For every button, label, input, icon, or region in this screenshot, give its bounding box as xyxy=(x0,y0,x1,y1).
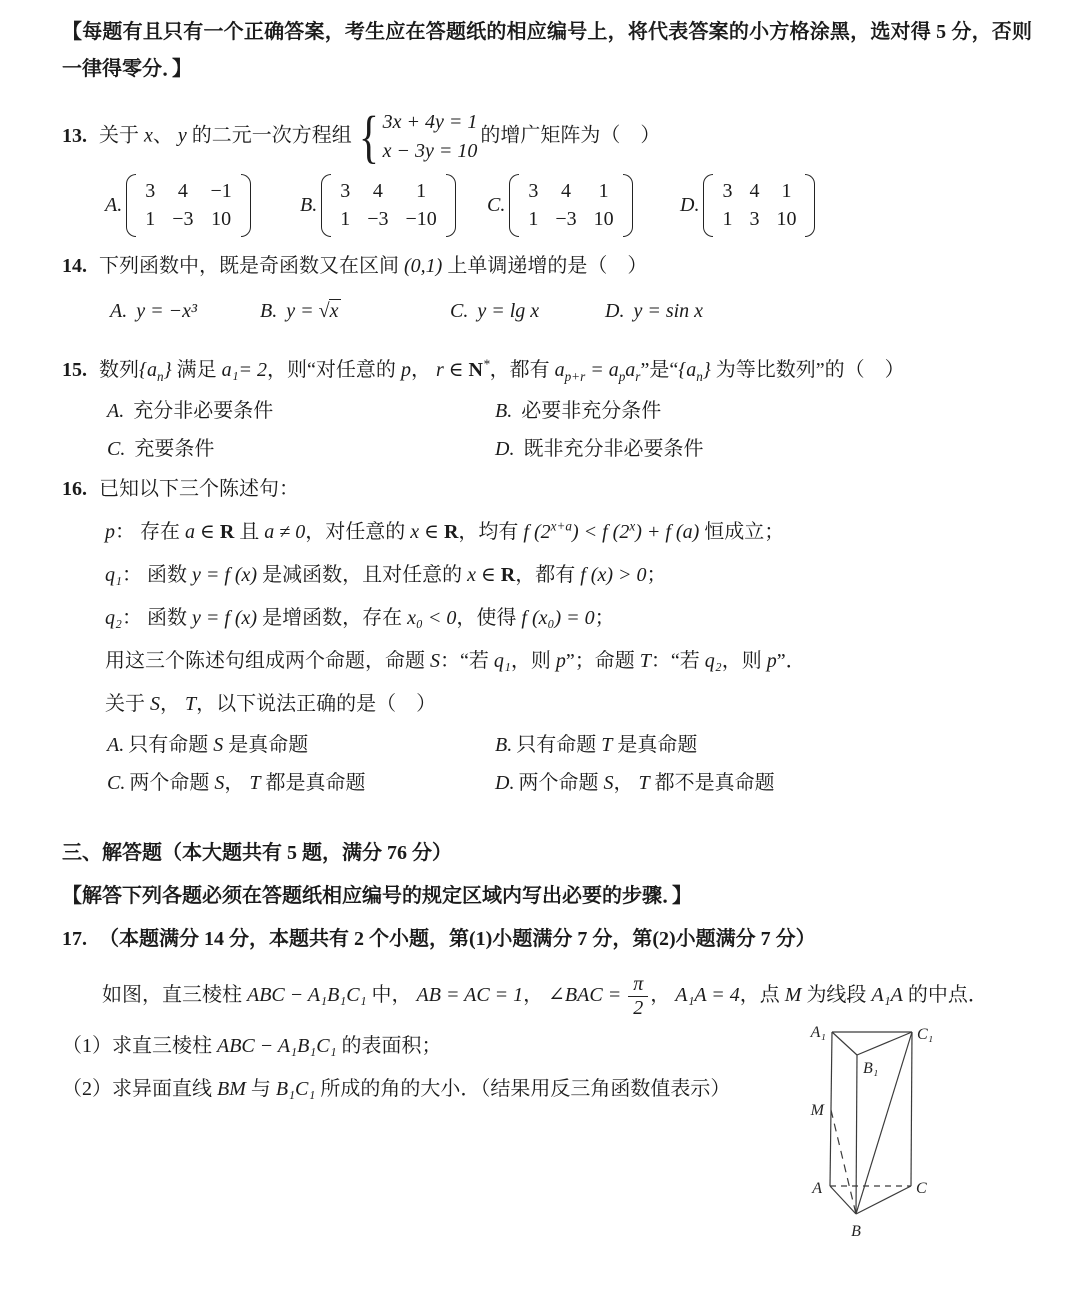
option-text: 只有命题 xyxy=(128,734,213,756)
figure-label-a: A xyxy=(811,1180,822,1197)
math-run: (0,1) xyxy=(404,255,442,277)
q13-option-b: B.3411−3−10 xyxy=(300,174,487,237)
text-run: 满足 xyxy=(172,359,222,381)
text-run: ：“若 xyxy=(440,650,494,672)
math-run: {a xyxy=(678,359,696,381)
option-text: ， xyxy=(224,772,249,794)
matrix-cell: −1 xyxy=(211,178,232,205)
equation-1: 3x + 4y = 1 xyxy=(383,108,478,137)
text-run: （本题满分 14 分，本题共有 2 个小题，第(1)小题满分 7 分，第(2)小… xyxy=(99,928,816,950)
q13-option-a: A.34−11−310 xyxy=(105,174,300,237)
math-run: p xyxy=(556,650,566,672)
set-symbol: R xyxy=(444,521,458,543)
text-run: ； xyxy=(595,607,615,629)
math-run: T xyxy=(601,734,612,756)
q14-option-d: D. y = sin x xyxy=(605,290,703,333)
math-run: f (x₀) = 0 xyxy=(521,607,594,629)
option-text: 必要非充分条件 xyxy=(521,400,661,422)
question-16-head: 16.已知以下三个陈述句： xyxy=(62,468,1032,511)
text-run: 中， xyxy=(367,984,417,1006)
right-paren xyxy=(446,174,456,237)
text-run: ，则“对任意的 xyxy=(267,359,401,381)
matrix-cell: −3 xyxy=(172,206,193,233)
math-run: M xyxy=(785,984,802,1006)
text-run: （1）求直三棱柱 xyxy=(62,1035,217,1057)
left-paren xyxy=(703,174,713,237)
matrix-cell: 1 xyxy=(594,178,614,205)
q15-option-d: D. 既非充分非必要条件 xyxy=(495,430,703,468)
system-equations: 3x + 4y = 1x − 3y = 10 xyxy=(383,108,478,166)
math-run: f (x) > 0 xyxy=(580,564,646,586)
right-paren xyxy=(241,174,251,237)
option-label: B. xyxy=(495,734,512,756)
text-run: 用这三个陈述句组成两个命题，命题 xyxy=(105,650,430,672)
sub-script: p+r xyxy=(565,369,586,384)
math-run: q₁ xyxy=(494,650,511,672)
q13-options-row: A.34−11−310 B.3411−3−10 C.3411−310 D.341… xyxy=(105,174,1032,237)
math-run: S xyxy=(603,772,613,794)
section-3-title: 三、解答题（本大题共有 5 题，满分 76 分） xyxy=(62,832,1032,875)
matrix-c: 3411−310 xyxy=(509,174,632,237)
q16-option-b: B.只有命题 T 是真命题 xyxy=(495,726,697,764)
text-run: ”；命题 xyxy=(566,650,640,672)
left-paren xyxy=(126,174,136,237)
matrix-cell: 1 xyxy=(722,206,732,233)
option-text: 既非充分非必要条件 xyxy=(523,438,703,460)
formula: y = lg x xyxy=(477,300,539,322)
matrix-cell: 10 xyxy=(211,206,232,233)
sqrt-radicand: x xyxy=(329,299,342,322)
q15-options-row-1: A. 充分非必要条件 B. 必要非充分条件 xyxy=(107,392,1032,430)
matrix-cell: 1 xyxy=(528,206,538,233)
option-label: A. xyxy=(107,734,124,756)
math-run: q₁ xyxy=(105,564,122,586)
matrix-cell: 1 xyxy=(340,206,350,233)
matrix-cell: 4 xyxy=(172,178,193,205)
q16-options-row-2: C.两个命题 S， T 都是真命题 D.两个命题 S， T 都不是真命题 xyxy=(107,764,1032,802)
matrix-cell: 10 xyxy=(594,206,614,233)
text-run: ； xyxy=(646,564,666,586)
sup-script: x+a xyxy=(551,518,572,533)
q14-number: 14. xyxy=(62,255,99,277)
left-paren xyxy=(509,174,519,237)
sqrt-sign: √ xyxy=(319,300,330,322)
q16-number: 16. xyxy=(62,478,99,500)
math-run: BM xyxy=(217,1078,246,1100)
q16-option-d: D.两个命题 S， T 都不是真命题 xyxy=(495,764,775,802)
option-label: C. xyxy=(107,772,125,794)
right-paren xyxy=(805,174,815,237)
math-run: T xyxy=(185,693,196,715)
figure-label-c: C xyxy=(916,1180,927,1197)
math-run: x₀ < 0 xyxy=(407,607,456,629)
right-paren xyxy=(623,174,633,237)
math-run: A₁A xyxy=(871,984,902,1006)
option-label: D. xyxy=(680,194,699,217)
q17-number: 17. xyxy=(62,928,99,950)
math-run: T xyxy=(640,650,651,672)
math-run: y = f (x) xyxy=(192,564,257,586)
text-run: ， xyxy=(523,984,548,1006)
matrix-cell: 1 xyxy=(406,178,437,205)
text-run: 下列函数中，既是奇函数又在区间 xyxy=(99,255,404,277)
q16-statement-p: p： 存在 a ∈ R 且 a ≠ 0，对任意的 x ∈ R，均有 f (2x+… xyxy=(105,511,1032,554)
math-run: } xyxy=(703,359,711,381)
text-run: 、 xyxy=(153,125,178,147)
set-symbol: N xyxy=(469,359,483,381)
q14-option-b: B. y = √x xyxy=(260,290,450,333)
math-run: S xyxy=(213,734,223,756)
option-label: D. xyxy=(605,300,624,322)
math-run: a xyxy=(555,359,565,381)
math-run: A₁A = 4 xyxy=(675,984,740,1006)
math-run: r ∈ xyxy=(436,359,469,381)
q16-statement-q1: q₁： 函数 y = f (x) 是减函数，且对任意的 x ∈ R，都有 f (… xyxy=(105,554,1032,597)
prism-svg: A₁ C₁ B₁ M A C B xyxy=(786,1012,996,1252)
math-run: p xyxy=(105,521,115,543)
q16-option-c: C.两个命题 S， T 都是真命题 xyxy=(107,764,495,802)
text-run: ”． xyxy=(777,650,806,672)
text-run: ， xyxy=(411,359,436,381)
text-run: ：“若 xyxy=(651,650,705,672)
matrix-cell: 1 xyxy=(145,206,155,233)
matrix-cell: 4 xyxy=(367,178,388,205)
text-run: 为线段 xyxy=(801,984,871,1006)
math-run: x ∈ xyxy=(410,521,444,543)
q16-about-line: 关于 S， T，以下说法正确的是（ ） xyxy=(105,683,1032,726)
text-run: 已知以下三个陈述句： xyxy=(99,478,299,500)
option-label: D. xyxy=(495,772,514,794)
fraction-pi-over-2: π2 xyxy=(628,974,648,1019)
q13-option-d: D.3411310 xyxy=(680,174,815,237)
prism-figure: A₁ C₁ B₁ M A C B xyxy=(786,1012,996,1252)
math-run: S xyxy=(430,650,440,672)
option-label: A. xyxy=(107,400,124,422)
math-run: y xyxy=(178,125,187,147)
math-run: ABC − A₁B₁C₁ xyxy=(247,984,367,1006)
math-run: = a xyxy=(585,359,619,381)
matrix-cell: 3 xyxy=(722,178,732,205)
option-text: 充要条件 xyxy=(134,438,214,460)
text-run: ，都有 xyxy=(490,359,555,381)
option-label: B. xyxy=(260,300,277,322)
figure-label-c1: C₁ xyxy=(917,1026,933,1043)
matrix-b: 3411−3−10 xyxy=(321,174,456,237)
text-run: 如图，直三棱柱 xyxy=(102,984,247,1006)
option-text: 两个命题 xyxy=(518,772,603,794)
system-brace: { xyxy=(359,109,379,165)
math-run: T xyxy=(249,772,260,794)
matrix-cell: 3 xyxy=(145,178,155,205)
option-text: 是真命题 xyxy=(612,734,697,756)
math-run: a xyxy=(625,359,635,381)
math-run: x xyxy=(144,125,153,147)
matrix-cell: 4 xyxy=(555,178,576,205)
math-run: AB = AC = 1 xyxy=(417,984,524,1006)
set-symbol: R xyxy=(220,521,234,543)
text-run: 关于 xyxy=(105,693,150,715)
math-run: x ∈ xyxy=(467,564,501,586)
text-run: 数列 xyxy=(99,359,139,381)
question-17-head: 17.（本题满分 14 分，本题共有 2 个小题，第(1)小题满分 7 分，第(… xyxy=(62,918,1032,961)
q16-statement-q2: q₂： 函数 y = f (x) 是增函数，存在 x₀ < 0，使得 f (x₀… xyxy=(105,597,1032,640)
text-run: ，则 xyxy=(511,650,556,672)
text-run: ， xyxy=(650,984,675,1006)
math-run: ∠BAC = xyxy=(548,984,626,1006)
math-run: a ∈ xyxy=(185,521,220,543)
figure-label-m: M xyxy=(810,1102,826,1119)
section-3-note: 【解答下列各题必须在答题纸相应编号的规定区域内写出必要的步骤．】 xyxy=(62,875,1032,918)
option-label: A. xyxy=(105,194,122,217)
question-13-stem: 13.关于 x、 y 的二元一次方程组{3x + 4y = 1x − 3y = … xyxy=(62,108,1032,166)
text-run: 关于 xyxy=(99,125,144,147)
matrix-cell: 3 xyxy=(749,206,759,233)
q13-number: 13. xyxy=(62,125,99,147)
text-run: 是减函数，且对任意的 xyxy=(257,564,467,586)
q15-option-b: B. 必要非充分条件 xyxy=(495,392,661,430)
option-text: 都是真命题 xyxy=(260,772,365,794)
text-run: 恒成立； xyxy=(699,521,784,543)
text-run: ，对任意的 xyxy=(305,521,410,543)
matrix-cell: 3 xyxy=(528,178,538,205)
text-run: 的中点． xyxy=(903,984,988,1006)
math-run: y = f (x) xyxy=(192,607,257,629)
instruction-note: 【每题有且只有一个正确答案，考生应在答题纸的相应编号上，将代表答案的小方格涂黑，… xyxy=(62,14,1032,88)
text-run: ，都有 xyxy=(515,564,580,586)
set-symbol: R xyxy=(501,564,515,586)
matrix-d: 3411310 xyxy=(703,174,815,237)
sub-script: n xyxy=(696,369,703,384)
equation-2: x − 3y = 10 xyxy=(383,137,478,166)
q15-options-row-2: C. 充要条件 D. 既非充分非必要条件 xyxy=(107,430,1032,468)
q16-compose-line: 用这三个陈述句组成两个命题，命题 S：“若 q₁，则 p”；命题 T：“若 q₂… xyxy=(105,640,1032,683)
text-run: 与 xyxy=(246,1078,276,1100)
figure-label-a1: A₁ xyxy=(810,1024,826,1041)
math-run: S xyxy=(150,693,160,715)
matrix-cell: −10 xyxy=(406,206,437,233)
text-run: 所成的角的大小．（结果用反三角函数值表示） xyxy=(315,1078,730,1100)
equation-system: {3x + 4y = 1x − 3y = 10 xyxy=(355,108,478,166)
math-run: f (2 xyxy=(523,521,550,543)
math-run: ) < f (2 xyxy=(572,521,629,543)
text-run: 且 xyxy=(234,521,264,543)
option-text: 两个命题 xyxy=(129,772,214,794)
q14-option-c: C. y = lg x xyxy=(450,290,605,333)
text-run: ： 函数 xyxy=(122,607,192,629)
text-run: 的二元一次方程组 xyxy=(187,125,352,147)
option-text: 是真命题 xyxy=(223,734,308,756)
text-run: ，使得 xyxy=(456,607,521,629)
q15-number: 15. xyxy=(62,359,99,381)
text-run: 为等比数列”的（ ） xyxy=(711,359,905,381)
math-run: B₁C₁ xyxy=(276,1078,315,1100)
exam-content: 【每题有且只有一个正确答案，考生应在答题纸的相应编号上，将代表答案的小方格涂黑，… xyxy=(0,0,1080,1111)
figure-label-b1: B₁ xyxy=(863,1060,878,1077)
question-15-stem: 15.数列{an} 满足 a₁= 2，则“对任意的 p， r ∈ N*，都有 a… xyxy=(62,349,1032,392)
math-run: {a xyxy=(139,359,157,381)
math-run: p xyxy=(767,650,777,672)
exam-page: 【每题有且只有一个正确答案，考生应在答题纸的相应编号上，将代表答案的小方格涂黑，… xyxy=(0,0,1080,1303)
formula: y = xyxy=(286,300,318,322)
math-run: ) + f (a) xyxy=(635,521,699,543)
fraction-denominator: 2 xyxy=(628,997,648,1019)
text-run: 是增函数，存在 xyxy=(257,607,407,629)
q14-options-row: A. y = −x³ B. y = √x C. y = lg x D. y = … xyxy=(110,290,1032,333)
text-run: （2）求异面直线 xyxy=(62,1078,217,1100)
text-run: 上单调递增的是（ ） xyxy=(442,255,647,277)
q14-option-a: A. y = −x³ xyxy=(110,290,260,333)
matrix-cell: −3 xyxy=(555,206,576,233)
text-run: ，以下说法正确的是（ ） xyxy=(196,693,436,715)
text-run: ，均有 xyxy=(458,521,523,543)
matrix-cell: 3 xyxy=(340,178,350,205)
text-run: ： 存在 xyxy=(115,521,185,543)
matrix-cell: 1 xyxy=(776,178,796,205)
math-run: a ≠ 0 xyxy=(264,521,305,543)
option-text: 只有命题 xyxy=(516,734,601,756)
formula: y = sin x xyxy=(633,300,703,322)
sub-script: n xyxy=(157,369,164,384)
formula: y = −x³ xyxy=(136,300,197,322)
option-label: B. xyxy=(300,194,317,217)
option-label: A. xyxy=(110,300,127,322)
option-label: C. xyxy=(450,300,468,322)
q16-option-a: A.只有命题 S 是真命题 xyxy=(107,726,495,764)
math-run: T xyxy=(638,772,649,794)
text-run: ，点 xyxy=(740,984,785,1006)
matrix-a: 34−11−310 xyxy=(126,174,251,237)
math-run: a₁= 2 xyxy=(222,359,267,381)
math-run: q₂ xyxy=(105,607,122,629)
math-run: p xyxy=(401,359,411,381)
figure-label-b: B xyxy=(851,1223,861,1240)
text-run: ”是“ xyxy=(640,359,678,381)
q15-option-c: C. 充要条件 xyxy=(107,430,495,468)
matrix-cell: 10 xyxy=(776,206,796,233)
matrix-cell: −3 xyxy=(367,206,388,233)
q15-option-a: A. 充分非必要条件 xyxy=(107,392,495,430)
left-paren xyxy=(321,174,331,237)
option-text: 都不是真命题 xyxy=(650,772,775,794)
fraction-numerator: π xyxy=(628,974,648,997)
text-run: 的表面积； xyxy=(337,1035,442,1057)
question-14-stem: 14.下列函数中，既是奇函数又在区间 (0,1) 上单调递增的是（ ） xyxy=(62,245,1032,288)
option-label: C. xyxy=(107,438,125,460)
math-run: S xyxy=(214,772,224,794)
option-text: 充分非必要条件 xyxy=(133,400,273,422)
text-run: ， xyxy=(160,693,185,715)
math-run: } xyxy=(164,359,172,381)
math-run: q₂ xyxy=(705,650,722,672)
option-label: C. xyxy=(487,194,505,217)
text-run: ： 函数 xyxy=(122,564,192,586)
math-run: ABC − A₁B₁C₁ xyxy=(217,1035,337,1057)
matrix-cell: 4 xyxy=(749,178,759,205)
text-run: 的增广矩阵为（ ） xyxy=(480,125,660,147)
option-label: B. xyxy=(495,400,512,422)
option-label: D. xyxy=(495,438,514,460)
q16-options-row-1: A.只有命题 S 是真命题 B.只有命题 T 是真命题 xyxy=(107,726,1032,764)
sup-script: * xyxy=(483,356,490,371)
option-text: ， xyxy=(613,772,638,794)
q13-option-c: C.3411−310 xyxy=(487,174,680,237)
text-run: ，则 xyxy=(722,650,767,672)
